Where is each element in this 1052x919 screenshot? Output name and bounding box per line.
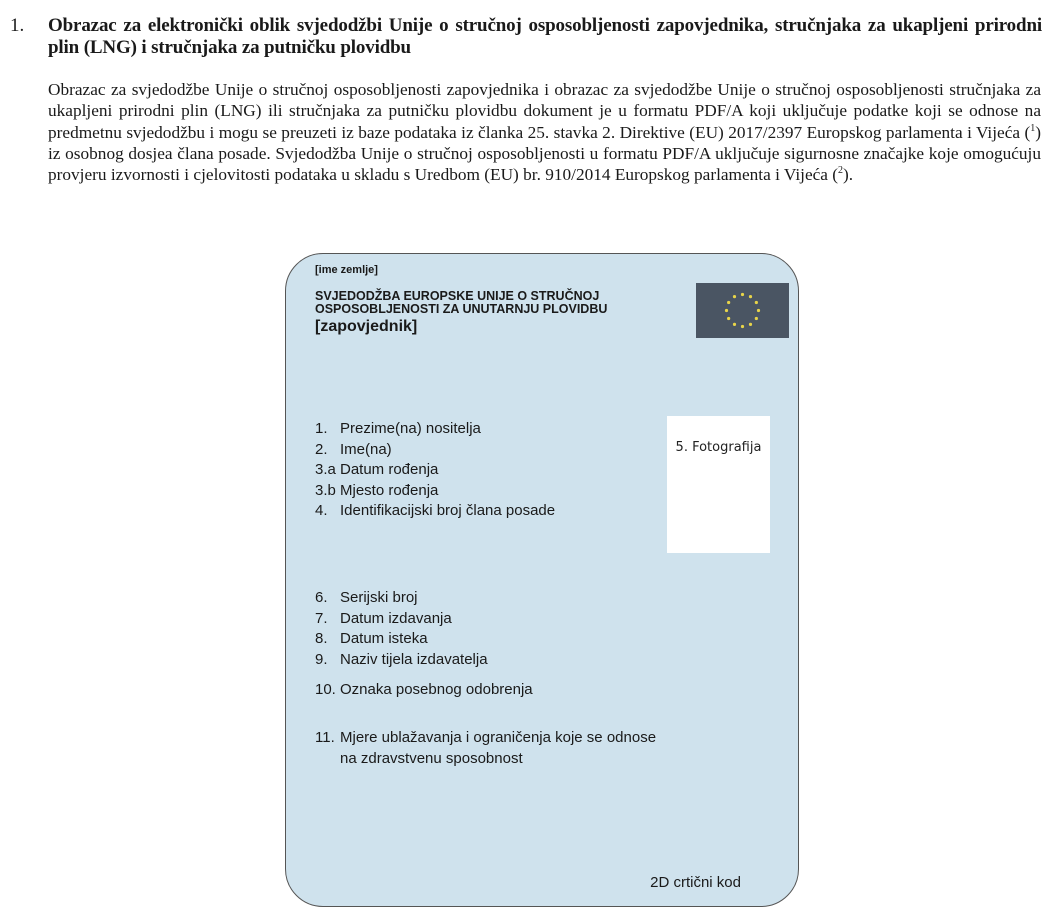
- section-paragraph: Obrazac za svjedodžbe Unije o stručnoj o…: [48, 79, 1041, 185]
- field-item: 11. Mjere ublažavanja i ograničenja koje…: [315, 728, 656, 769]
- flag-star-icon: [749, 323, 752, 326]
- field-number: 9.: [315, 650, 340, 671]
- field-item: 10. Oznaka posebnog odobrenja: [315, 680, 533, 701]
- certificate-card-template: [ime zemlje] SVJEDODŽBA EUROPSKE UNIJE O…: [285, 253, 799, 907]
- personal-fields-list: 1.Prezime(na) nositelja2.Ime(na)3.aDatum…: [315, 419, 555, 522]
- eu-flag-icon: [696, 283, 789, 338]
- field-label: Prezime(na) nositelja: [340, 419, 481, 440]
- flag-star-icon: [755, 317, 758, 320]
- field-label: Oznaka posebnog odobrenja: [340, 680, 533, 701]
- paragraph-text: ).: [843, 165, 853, 184]
- field-label-line: na zdravstvenu sposobnost: [340, 750, 523, 767]
- flag-star-icon: [757, 309, 760, 312]
- field-label: Mjere ublažavanja i ograničenja koje se …: [340, 728, 656, 769]
- field-label: Datum izdavanja: [340, 609, 452, 630]
- field-label: Ime(na): [340, 440, 392, 461]
- flag-star-icon: [733, 295, 736, 298]
- flag-star-icon: [727, 317, 730, 320]
- field-item: 9.Naziv tijela izdavatelja: [315, 650, 488, 671]
- field-number: 2.: [315, 440, 340, 461]
- photo-placeholder: 5. Fotografija: [667, 416, 770, 553]
- field-number: 4.: [315, 501, 340, 522]
- section-title: Obrazac za elektronički oblik svjedodžbi…: [48, 15, 1042, 59]
- field-number: 11.: [315, 728, 340, 769]
- field-label: Naziv tijela izdavatelja: [340, 650, 488, 671]
- field-item: 8.Datum isteka: [315, 629, 488, 650]
- section-heading: 1. Obrazac za elektronički oblik svjedod…: [10, 15, 1042, 59]
- field-number: 3.b: [315, 481, 340, 502]
- field-number: 3.a: [315, 460, 340, 481]
- field-number: 7.: [315, 609, 340, 630]
- field-label: Identifikacijski broj člana posade: [340, 501, 555, 522]
- document-fields-list: 6.Serijski broj7.Datum izdavanja8.Datum …: [315, 588, 488, 670]
- field-item: 7.Datum izdavanja: [315, 609, 488, 630]
- country-name-placeholder: [ime zemlje]: [315, 264, 378, 276]
- flag-star-icon: [725, 309, 728, 312]
- field-item: 3.bMjesto rođenja: [315, 481, 555, 502]
- field-item: 6.Serijski broj: [315, 588, 488, 609]
- section-number: 1.: [10, 15, 24, 37]
- field-item: 2.Ime(na): [315, 440, 555, 461]
- field-number: 1.: [315, 419, 340, 440]
- field-item: 1.Prezime(na) nositelja: [315, 419, 555, 440]
- field-label-line: Mjere ublažavanja i ograničenja koje se …: [340, 729, 656, 746]
- field-11: 11. Mjere ublažavanja i ograničenja koje…: [315, 728, 656, 769]
- paragraph-text: Obrazac za svjedodžbe Unije o stručnoj o…: [48, 80, 1041, 142]
- field-label: Serijski broj: [340, 588, 418, 609]
- photo-label: 5. Fotografija: [667, 440, 770, 455]
- field-number: 6.: [315, 588, 340, 609]
- flag-star-icon: [727, 301, 730, 304]
- field-label: Datum isteka: [340, 629, 428, 650]
- field-item: 3.aDatum rođenja: [315, 460, 555, 481]
- field-item: 4.Identifikacijski broj člana posade: [315, 501, 555, 522]
- field-number: 10.: [315, 680, 340, 701]
- flag-star-icon: [755, 301, 758, 304]
- flag-star-icon: [741, 293, 744, 296]
- field-label: Datum rođenja: [340, 460, 438, 481]
- flag-star-icon: [733, 323, 736, 326]
- flag-star-icon: [749, 295, 752, 298]
- role-placeholder: [zapovjednik]: [315, 318, 417, 336]
- barcode-label: 2D crtični kod: [650, 874, 741, 891]
- certificate-title: SVJEDODŽBA EUROPSKE UNIJE O STRUČNOJ OSP…: [315, 290, 607, 316]
- field-label: Mjesto rođenja: [340, 481, 438, 502]
- field-10: 10. Oznaka posebnog odobrenja: [315, 680, 533, 701]
- flag-star-icon: [741, 325, 744, 328]
- field-number: 8.: [315, 629, 340, 650]
- certificate-title-line: OSPOSOBLJENOSTI ZA UNUTARNJU PLOVIDBU: [315, 303, 607, 316]
